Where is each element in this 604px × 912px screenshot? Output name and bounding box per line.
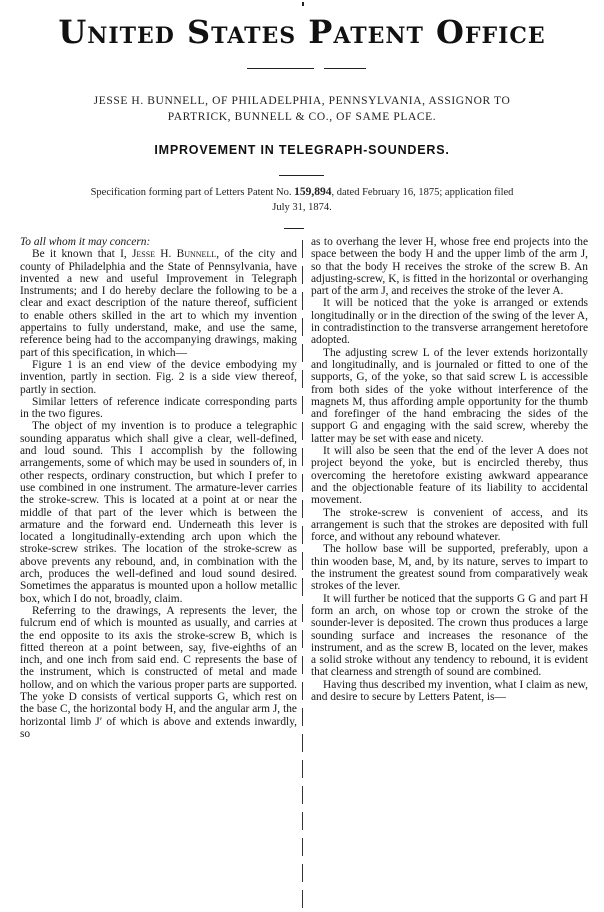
paragraph: Similar letters of reference indicate co… bbox=[20, 396, 297, 421]
print-mark bbox=[302, 2, 304, 6]
specification-line: Specification forming part of Letters Pa… bbox=[20, 185, 584, 215]
paragraph: It will be noticed that the yoke is arra… bbox=[311, 297, 588, 346]
assignor-line-1: JESSE H. BUNNELL, OF PHILADELPHIA, PENNS… bbox=[20, 93, 584, 109]
paragraph: The adjusting screw L of the lever exten… bbox=[311, 347, 588, 445]
paragraph-lead: Be it known that I, bbox=[32, 248, 132, 260]
assignor-block: JESSE H. BUNNELL, OF PHILADELPHIA, PENNS… bbox=[20, 93, 584, 125]
title-rule bbox=[279, 175, 324, 176]
column-divider bbox=[302, 240, 303, 908]
filed-date: July 31, 1874. bbox=[20, 200, 584, 215]
salutation: To all whom it may concern: bbox=[20, 236, 297, 248]
paragraph: Having thus described my invention, what… bbox=[311, 679, 588, 704]
paragraph: The hollow base will be supported, prefe… bbox=[311, 543, 588, 592]
header-rule-left bbox=[247, 68, 314, 69]
paragraph: It will further be noticed that the supp… bbox=[311, 593, 588, 679]
paragraph-rest: , of the city and county of Philadelphia… bbox=[20, 248, 297, 358]
header-rule-right bbox=[324, 68, 366, 69]
paragraph: The stroke-screw is convenient of access… bbox=[311, 507, 588, 544]
inventor-name: Jesse H. Bunnell bbox=[132, 248, 216, 260]
spec-suffix: , dated February 16, 1875; application f… bbox=[331, 187, 513, 198]
column-top-rule bbox=[284, 228, 304, 229]
patent-number: 159,894 bbox=[294, 186, 331, 198]
paragraph: as to overhang the lever H, whose free e… bbox=[311, 236, 588, 297]
paragraph: Figure 1 is an end view of the device em… bbox=[20, 359, 297, 396]
office-title: United States Patent Office bbox=[0, 12, 604, 52]
paragraph: Be it known that I, Jesse H. Bunnell, of… bbox=[20, 248, 297, 359]
paragraph: Referring to the drawings, A represents … bbox=[20, 605, 297, 740]
assignor-line-2: PARTRICK, BUNNELL & CO., OF SAME PLACE. bbox=[20, 109, 584, 125]
left-column: To all whom it may concern: Be it known … bbox=[20, 236, 297, 740]
spec-prefix: Specification forming part of Letters Pa… bbox=[91, 187, 292, 198]
right-column: as to overhang the lever H, whose free e… bbox=[311, 236, 588, 703]
paragraph: The object of my invention is to produce… bbox=[20, 420, 297, 604]
paragraph: It will also be seen that the end of the… bbox=[311, 445, 588, 506]
invention-title: IMPROVEMENT IN TELEGRAPH-SOUNDERS. bbox=[0, 143, 604, 157]
